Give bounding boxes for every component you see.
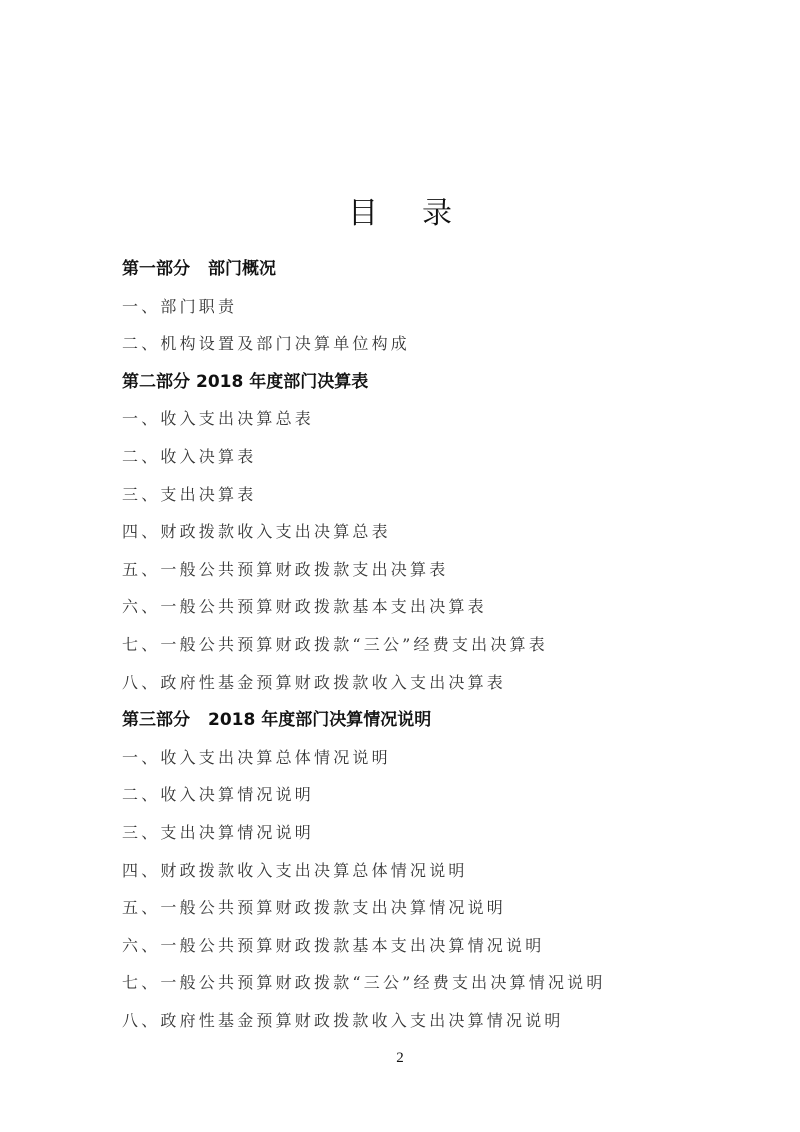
toc-item[interactable]: 四、财政拨款收入支出决算总体情况说明	[122, 854, 682, 892]
toc-item[interactable]: 一、部门职责	[122, 290, 682, 328]
table-of-contents: 第一部分部门概况 一、部门职责 二、机构设置及部门决算单位构成 第二部分2018…	[122, 252, 682, 1041]
toc-item[interactable]: 七、一般公共预算财政拨款“三公”经费支出决算表	[122, 628, 682, 666]
toc-item[interactable]: 四、财政拨款收入支出决算总表	[122, 515, 682, 553]
document-page: 目录 第一部分部门概况 一、部门职责 二、机构设置及部门决算单位构成 第二部分2…	[0, 0, 800, 1132]
toc-item[interactable]: 二、收入决算表	[122, 440, 682, 478]
toc-item[interactable]: 二、收入决算情况说明	[122, 778, 682, 816]
toc-item[interactable]: 六、一般公共预算财政拨款基本支出决算表	[122, 590, 682, 628]
toc-item[interactable]: 八、政府性基金预算财政拨款收入支出决算表	[122, 666, 682, 704]
toc-item[interactable]: 八、政府性基金预算财政拨款收入支出决算情况说明	[122, 1004, 682, 1042]
toc-item[interactable]: 二、机构设置及部门决算单位构成	[122, 327, 682, 365]
toc-part-heading[interactable]: 第三部分2018 年度部门决算情况说明	[122, 703, 682, 741]
toc-item[interactable]: 五、一般公共预算财政拨款支出决算表	[122, 553, 682, 591]
part-label: 第二部分	[122, 372, 190, 392]
toc-item[interactable]: 一、收入支出决算总表	[122, 402, 682, 440]
page-number: 2	[0, 1050, 800, 1067]
toc-item[interactable]: 三、支出决算表	[122, 478, 682, 516]
toc-item[interactable]: 一、收入支出决算总体情况说明	[122, 741, 682, 779]
part-name: 部门概况	[208, 259, 276, 279]
toc-part-heading[interactable]: 第一部分部门概况	[122, 252, 682, 290]
toc-item[interactable]: 六、一般公共预算财政拨款基本支出决算情况说明	[122, 929, 682, 967]
part-name: 2018 年度部门决算表	[196, 372, 368, 392]
toc-part-heading[interactable]: 第二部分2018 年度部门决算表	[122, 365, 682, 403]
page-title: 目录	[0, 192, 800, 236]
toc-item[interactable]: 七、一般公共预算财政拨款“三公”经费支出决算情况说明	[122, 966, 682, 1004]
part-label: 第一部分	[122, 259, 190, 279]
toc-item[interactable]: 五、一般公共预算财政拨款支出决算情况说明	[122, 891, 682, 929]
part-label: 第三部分	[122, 710, 190, 730]
part-name: 2018 年度部门决算情况说明	[208, 710, 431, 730]
toc-item[interactable]: 三、支出决算情况说明	[122, 816, 682, 854]
